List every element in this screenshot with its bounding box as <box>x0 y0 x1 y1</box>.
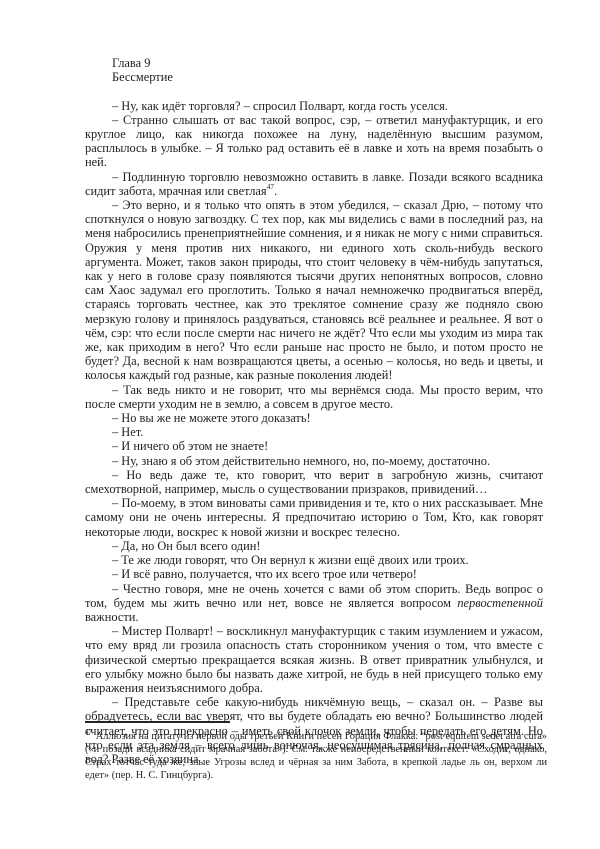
paragraph: – Так ведь никто и не говорит, что мы ве… <box>85 383 543 411</box>
text-segment: – И ничего об этом не знаете! <box>112 439 268 453</box>
text-segment: – Подлинную торговлю невозможно оставить… <box>85 170 543 198</box>
blank-line <box>85 84 543 98</box>
paragraph: – Нет. <box>85 425 543 439</box>
chapter-heading: Глава 9 <box>85 56 543 70</box>
text-segment: первостепенной <box>457 596 543 610</box>
text-segment: – Странно слышать от вас такой вопрос, с… <box>85 113 543 170</box>
text-segment: – Те же люди говорят, что Он вернул к жи… <box>112 553 469 567</box>
paragraph: – Честно говоря, мне не очень хочется с … <box>85 582 543 625</box>
text-segment: – По-моему, в этом виноваты сами привиде… <box>85 496 543 538</box>
text-segment: Аллюзия на цитату из первой оды третьей … <box>85 731 547 781</box>
paragraph: – Странно слышать от вас такой вопрос, с… <box>85 113 543 170</box>
text-segment: . <box>274 184 277 198</box>
paragraph: – Это верно, и я только что опять в этом… <box>85 198 543 383</box>
page-content: Глава 9 Бессмертие – Ну, как идёт торгов… <box>85 56 543 766</box>
paragraph: – Но вы же не можете этого доказать! <box>85 411 543 425</box>
paragraph: – По-моему, в этом виноваты сами привиде… <box>85 496 543 539</box>
text-segment: – Нет. <box>112 425 143 439</box>
text-segment: – Ну, как идёт торговля? – спросил Полва… <box>112 99 448 113</box>
footnote-area: 47Аллюзия на цитату из первой оды третье… <box>85 721 547 782</box>
document-page: Глава 9 Бессмертие – Ну, как идёт торгов… <box>0 0 600 849</box>
paragraph: – И всё равно, получается, что их всего … <box>85 567 543 581</box>
footnote-reference: 47 <box>85 729 92 736</box>
paragraph: – Мистер Полварт! – воскликнул мануфакту… <box>85 624 543 695</box>
footnote: 47Аллюзия на цитату из первой оды третье… <box>85 730 547 782</box>
footnote-separator <box>85 721 230 723</box>
paragraph: – Те же люди говорят, что Он вернул к жи… <box>85 553 543 567</box>
paragraph: – И ничего об этом не знаете! <box>85 439 543 453</box>
text-segment: – Ну, знаю я об этом действительно немно… <box>112 454 490 468</box>
paragraph: – Да, но Он был всего один! <box>85 539 543 553</box>
text-segment: – Так ведь никто и не говорит, что мы ве… <box>85 383 543 411</box>
text-segment: – Это верно, и я только что опять в этом… <box>85 198 543 382</box>
text-segment: – Но ведь даже те, кто говорит, что вери… <box>85 468 543 496</box>
paragraph: – Ну, знаю я об этом действительно немно… <box>85 454 543 468</box>
paragraph: – Подлинную торговлю невозможно оставить… <box>85 170 543 198</box>
chapter-title: Бессмертие <box>85 70 543 84</box>
paragraph: – Ну, как идёт торговля? – спросил Полва… <box>85 99 543 113</box>
paragraph: – Но ведь даже те, кто говорит, что вери… <box>85 468 543 496</box>
body-text: – Ну, как идёт торговля? – спросил Полва… <box>85 99 543 767</box>
text-segment: – Мистер Полварт! – воскликнул мануфакту… <box>85 624 543 695</box>
text-segment: важности. <box>85 610 139 624</box>
text-segment: – Но вы же не можете этого доказать! <box>112 411 311 425</box>
text-segment: – И всё равно, получается, что их всего … <box>112 567 417 581</box>
text-segment: – Да, но Он был всего один! <box>112 539 260 553</box>
footnote-reference: 47 <box>267 182 275 191</box>
